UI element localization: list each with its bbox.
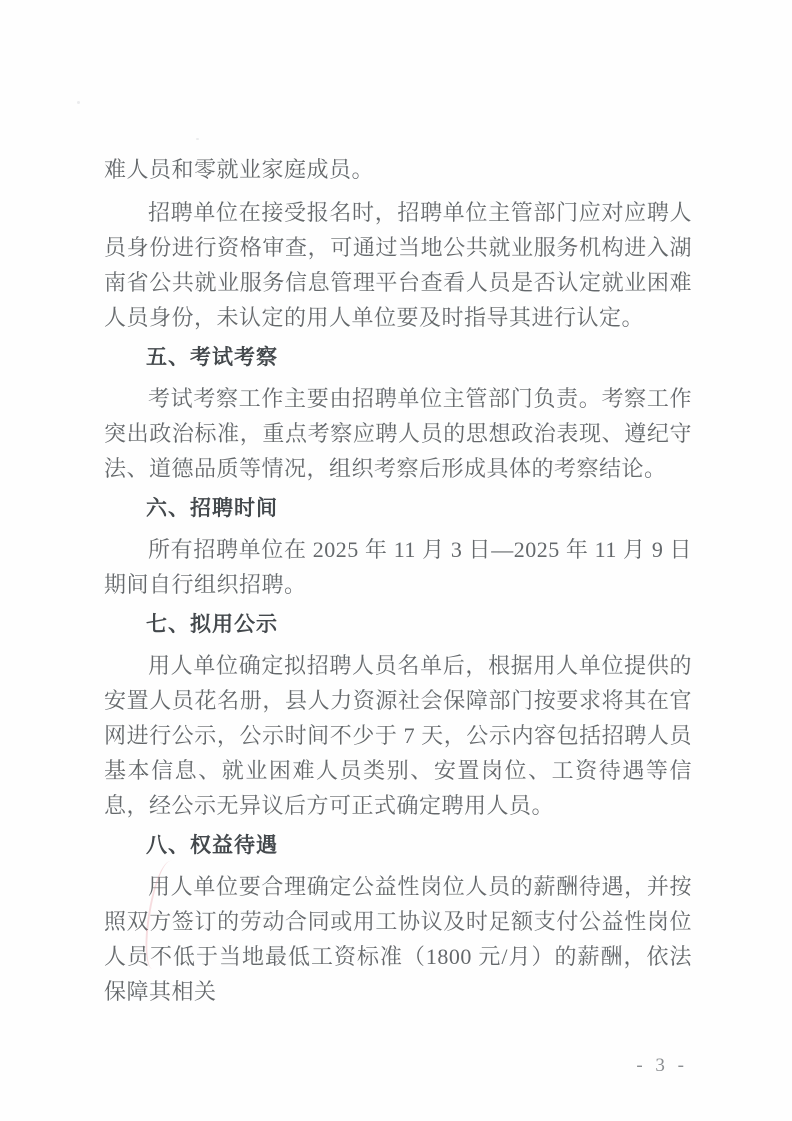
section-heading: 七、拟用公示 — [104, 610, 692, 640]
section-heading: 五、考试考察 — [104, 343, 692, 373]
scan-speck — [196, 138, 199, 140]
paragraph: 用人单位确定拟招聘人员名单后，根据用人单位提供的安置人员花名册，县人力资源社会保… — [104, 648, 692, 823]
paragraph: 用人单位要合理确定公益性岗位人员的薪酬待遇，并按照双方签订的劳动合同或用工协议及… — [104, 869, 692, 1009]
page-number: - 3 - — [636, 1055, 688, 1077]
paragraph: 招聘单位在接受报名时，招聘单位主管部门应对应聘人员身份进行资格审查，可通过当地公… — [104, 195, 692, 335]
paragraph: 所有招聘单位在 2025 年 11 月 3 日—2025 年 11 月 9 日期… — [104, 532, 692, 602]
scan-speck — [77, 101, 80, 104]
document-body: 难人员和零就业家庭成员。招聘单位在接受报名时，招聘单位主管部门应对应聘人员身份进… — [104, 152, 692, 1017]
scanned-document-page: 难人员和零就业家庭成员。招聘单位在接受报名时，招聘单位主管部门应对应聘人员身份进… — [0, 0, 792, 1121]
section-heading: 六、招聘时间 — [104, 494, 692, 524]
paragraph: 难人员和零就业家庭成员。 — [104, 152, 692, 187]
section-heading: 八、权益待遇 — [104, 831, 692, 861]
paragraph: 考试考察工作主要由招聘单位主管部门负责。考察工作突出政治标准，重点考察应聘人员的… — [104, 381, 692, 486]
